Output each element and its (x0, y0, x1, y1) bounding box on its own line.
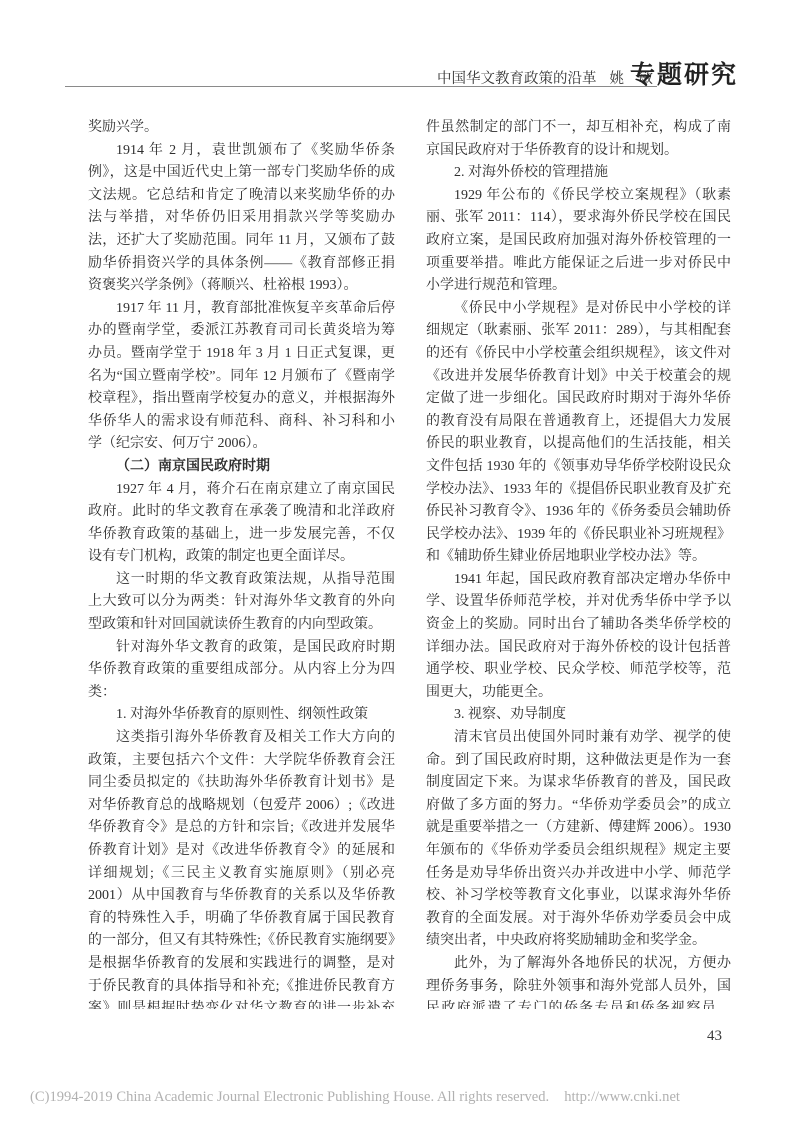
paragraph: 1927 年 4 月，蒋介石在南京建立了南京国民政府。此时的华文教育在承袭了晚清… (88, 479, 395, 569)
paragraph: 1. 对海外华侨教育的原则性、纲领性政策 (88, 704, 395, 727)
paragraph: 这类指引海外华侨教育及相关工作大方向的政策，主要包括六个文件：大学院华侨教育会汪… (88, 727, 395, 1009)
article-body: 奖励兴学。1914 年 2 月，袁世凯颁布了《奖励华侨条例》，这是中国近代史上第… (88, 117, 731, 1009)
paragraph: 件虽然制定的部门不一，却互相补充，构成了南京国民政府对于华侨教育的设计和规划。 (426, 117, 731, 162)
paragraph: 奖励兴学。 (88, 117, 395, 140)
right-column: 件虽然制定的部门不一，却互相补充，构成了南京国民政府对于华侨教育的设计和规划。2… (426, 117, 731, 1009)
header-rule-divider (65, 86, 657, 87)
footer-copyright: (C)1994-2019 China Academic Journal Elec… (30, 1089, 549, 1105)
paragraph: 1929 年公布的《侨民学校立案规程》（耿素丽、张军 2011：114），要求海… (426, 185, 731, 298)
paragraph: 针对海外华文教育的政策，是国民政府时期华侨教育政策的重要组成部分。从内容上分为四… (88, 637, 395, 705)
paragraph: 1941 年起，国民政府教育部决定增办华侨中学、设置华侨师范学校，并对优秀华侨中… (426, 569, 731, 705)
page-number: 43 (707, 1028, 722, 1045)
paragraph: 此外，为了解海外各地侨民的状况，方便办理侨务事务，除驻外领事和海外党部人员外，国… (426, 953, 731, 1009)
running-title-text: 中国华文教育政策的沿革 (437, 71, 597, 87)
footer: (C)1994-2019 China Academic Journal Elec… (30, 1089, 680, 1106)
paper-page: 中国华文教育政策的沿革姚 敏 专题研究 奖励兴学。1914 年 2 月，袁世凯颁… (0, 0, 794, 1123)
paragraph: 2. 对海外侨校的管理措施 (426, 162, 731, 185)
paragraph: 这一时期的华文教育政策法规，从指导范围上大致可以分为两类：针对海外华文教育的外向… (88, 569, 395, 637)
left-column: 奖励兴学。1914 年 2 月，袁世凯颁布了《奖励华侨条例》，这是中国近代史上第… (88, 117, 395, 1009)
paragraph: 3. 视察、劝导制度 (426, 704, 731, 727)
paragraph: 《侨民中小学规程》是对侨民中小学校的详细规定（耿素丽、张军 2011：289），… (426, 298, 731, 569)
paragraph: 1914 年 2 月，袁世凯颁布了《奖励华侨条例》，这是中国近代史上第一部专门奖… (88, 140, 395, 298)
paragraph: 1917 年 11 月，教育部批准恢复辛亥革命后停办的暨南学堂，委派江苏教育司司… (88, 298, 395, 456)
footer-url: http://www.cnki.net (564, 1089, 680, 1105)
section-heading: （二）南京国民政府时期 (88, 456, 395, 479)
paragraph: 清末官员出使国外同时兼有劝学、视学的使命。到了国民政府时期，这种做法更是作为一套… (426, 727, 731, 953)
running-title: 中国华文教育政策的沿革姚 敏 (437, 67, 653, 88)
